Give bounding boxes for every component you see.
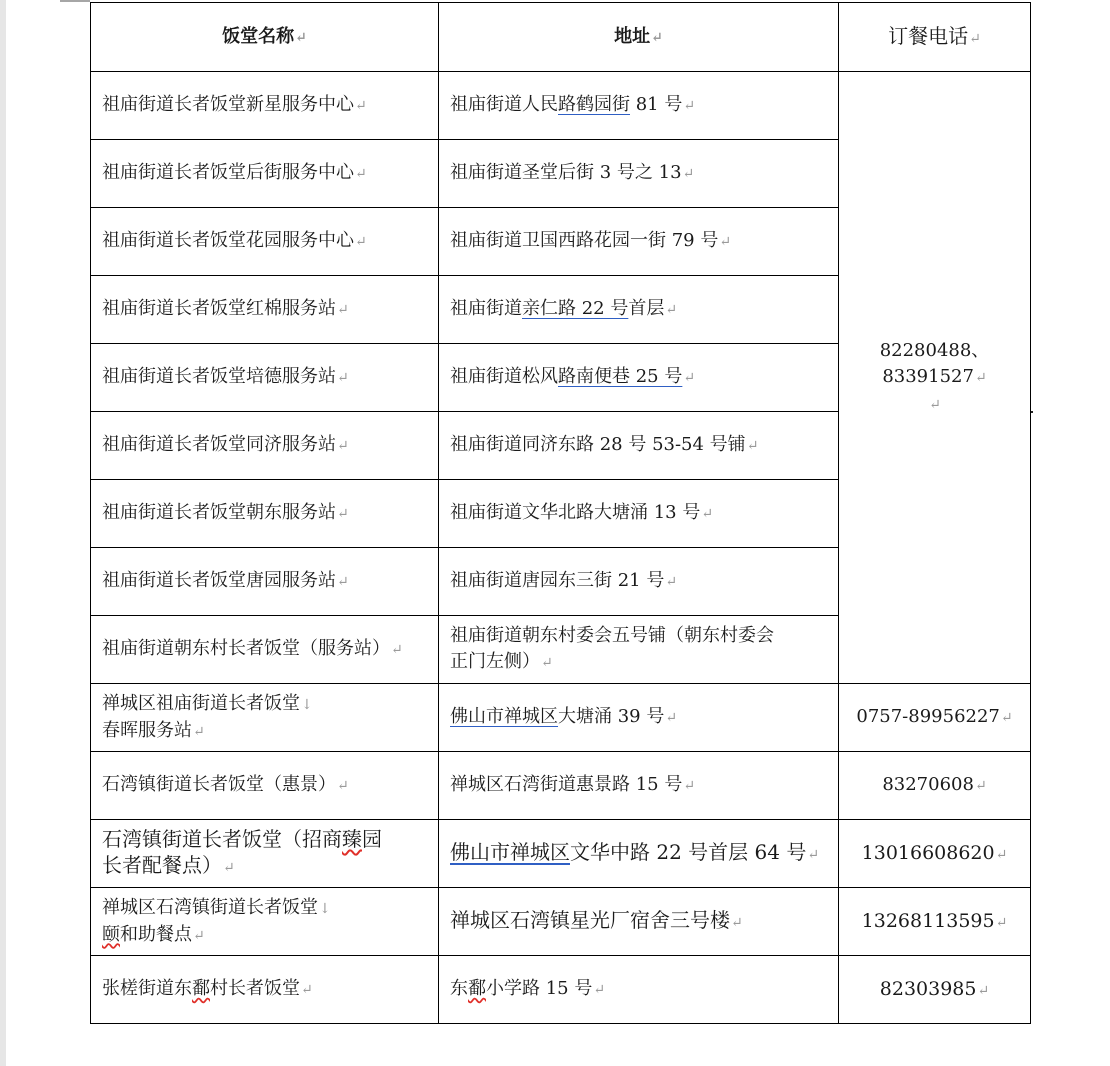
cell-address[interactable]: 祖庙街道同济东路 28 号 53-54 号铺↵ — [439, 412, 839, 480]
table-header-row: 饭堂名称↵ 地址↵ 订餐电话↵ — [91, 3, 1031, 72]
cell-name[interactable]: 祖庙街道长者饭堂朝东服务站↵ — [91, 480, 439, 548]
header-phone: 订餐电话↵ — [839, 3, 1031, 72]
phone-line-1: 82280488、 — [850, 338, 1019, 364]
cell-address[interactable]: 祖庙街道卫国西路花园一街 79 号↵ — [439, 208, 839, 276]
cell-phone[interactable]: 0757-89956227↵ — [839, 684, 1031, 752]
header-name: 饭堂名称↵ — [91, 3, 439, 72]
cell-name[interactable]: 祖庙街道长者饭堂花园服务中心↵ — [91, 208, 439, 276]
cell-name[interactable]: 祖庙街道朝东村长者饭堂（服务站）↵ — [91, 616, 439, 684]
cell-address[interactable]: 禅城区石湾镇星光厂宿舍三号楼↵ — [439, 888, 839, 956]
ruler-marker — [60, 0, 90, 2]
cell-name[interactable]: 张槎街道东鄱村长者饭堂↵ — [91, 956, 439, 1024]
cell-name[interactable]: 禅城区石湾镇街道长者饭堂↓颐和助餐点↵ — [91, 888, 439, 956]
cell-phone[interactable]: 13268113595↵ — [839, 888, 1031, 956]
cell-name[interactable]: 祖庙街道长者饭堂后街服务中心↵ — [91, 140, 439, 208]
table-row: 祖庙街道长者饭堂新星服务中心↵ 祖庙街道人民路鹤园街 81 号↵ 8228048… — [91, 72, 1031, 140]
page-margin-strip — [0, 0, 6, 1066]
cell-phone[interactable]: 82303985↵ — [839, 956, 1031, 1024]
table-row: 石湾镇街道长者饭堂（惠景）↵ 禅城区石湾街道惠景路 15 号↵ 83270608… — [91, 752, 1031, 820]
cell-name[interactable]: 祖庙街道长者饭堂新星服务中心↵ — [91, 72, 439, 140]
canteen-table: 饭堂名称↵ 地址↵ 订餐电话↵ 祖庙街道长者饭堂新星服务中心↵ 祖庙街道人民路鹤… — [90, 2, 1031, 1024]
cell-address[interactable]: 祖庙街道圣堂后街 3 号之 13↵ — [439, 140, 839, 208]
cell-address[interactable]: 祖庙街道人民路鹤园街 81 号↵ — [439, 72, 839, 140]
table-row: 张槎街道东鄱村长者饭堂↵ 东鄱小学路 15 号↵ 82303985↵ — [91, 956, 1031, 1024]
cell-address[interactable]: 祖庙街道亲仁路 22 号首层↵ — [439, 276, 839, 344]
cell-address[interactable]: 祖庙街道文华北路大塘涌 13 号↵ — [439, 480, 839, 548]
cell-name[interactable]: 石湾镇街道长者饭堂（招商臻园长者配餐点）↵ — [91, 820, 439, 888]
cell-address[interactable]: 禅城区石湾街道惠景路 15 号↵ — [439, 752, 839, 820]
cell-phone-merged[interactable]: 82280488、 83391527↵ ↵ — [839, 72, 1031, 684]
cell-name[interactable]: 禅城区祖庙街道长者饭堂↓春晖服务站↵ — [91, 684, 439, 752]
cell-phone[interactable]: 83270608↵ — [839, 752, 1031, 820]
cell-address[interactable]: 祖庙街道朝东村委会五号铺（朝东村委会正门左侧）↵ — [439, 616, 839, 684]
header-address: 地址↵ — [439, 3, 839, 72]
cell-address[interactable]: 佛山市禅城区大塘涌 39 号↵ — [439, 684, 839, 752]
cell-name[interactable]: 祖庙街道长者饭堂唐园服务站↵ — [91, 548, 439, 616]
cell-name[interactable]: 祖庙街道长者饭堂同济服务站↵ — [91, 412, 439, 480]
cell-address[interactable]: 佛山市禅城区文华中路 22 号首层 64 号↵ — [439, 820, 839, 888]
cell-address[interactable]: 祖庙街道松风路南便巷 25 号↵ — [439, 344, 839, 412]
table-row: 禅城区石湾镇街道长者饭堂↓颐和助餐点↵ 禅城区石湾镇星光厂宿舍三号楼↵ 1326… — [91, 888, 1031, 956]
cell-address[interactable]: 祖庙街道唐园东三街 21 号↵ — [439, 548, 839, 616]
cell-phone[interactable]: 13016608620↵ — [839, 820, 1031, 888]
table-row: 石湾镇街道长者饭堂（招商臻园长者配餐点）↵ 佛山市禅城区文华中路 22 号首层 … — [91, 820, 1031, 888]
cell-name[interactable]: 祖庙街道长者饭堂红棉服务站↵ — [91, 276, 439, 344]
table-row: 禅城区祖庙街道长者饭堂↓春晖服务站↵ 佛山市禅城区大塘涌 39 号↵ 0757-… — [91, 684, 1031, 752]
cell-name[interactable]: 祖庙街道长者饭堂培德服务站↵ — [91, 344, 439, 412]
cell-address[interactable]: 东鄱小学路 15 号↵ — [439, 956, 839, 1024]
cell-name[interactable]: 石湾镇街道长者饭堂（惠景）↵ — [91, 752, 439, 820]
text-boundary-dot — [1031, 411, 1033, 413]
phone-line-2: 83391527 — [882, 366, 974, 387]
